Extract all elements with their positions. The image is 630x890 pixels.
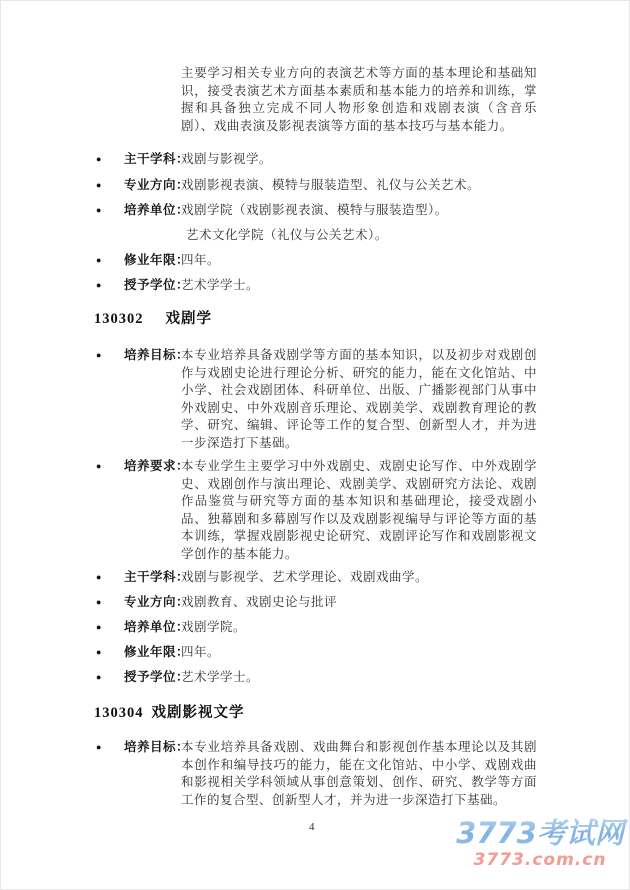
item-label: 修业年限：: [124, 252, 189, 270]
item-text: 戏剧学院（戏剧影视表演、模特与服装造型）。 艺术文化学院（礼仪与公关艺术）。: [181, 202, 537, 245]
item-label: 授予学位：: [124, 669, 189, 687]
item-label: 培养单位：: [124, 202, 189, 220]
section-code: 130304: [94, 705, 144, 721]
item-text-line2: 艺术文化学院（礼仪与公关艺术）。: [186, 227, 537, 245]
list-item: ● 培养单位： 戏剧学院（戏剧影视表演、模特与服装造型）。 艺术文化学院（礼仪与…: [96, 202, 537, 245]
item-text-line1: 戏剧学院（戏剧影视表演、模特与服装造型）。: [181, 202, 537, 220]
bullet-icon: ●: [96, 598, 101, 607]
page-number: 4: [309, 821, 315, 833]
watermark-site-url: 3773.com.cn: [451, 850, 629, 870]
item-text: 戏剧与影视学、艺术学理论、戏剧戏曲学。: [181, 569, 537, 587]
bullet-icon: ●: [96, 256, 101, 265]
item-label: 修业年限：: [124, 644, 189, 662]
intro-paragraph: 主要学习相关专业方向的表演艺术等方面的基本理论和基础知识，接受表演艺术方面基本素…: [181, 65, 537, 135]
list-item: ● 培养要求： 本专业学生主要学习中外戏剧史、戏剧史论写作、中外戏剧学史、戏剧创…: [96, 458, 537, 563]
item-text: 戏剧与影视学。: [181, 151, 537, 169]
list-item: ● 主干学科： 戏剧与影视学。: [96, 151, 537, 169]
list-item: ● 培养单位： 戏剧学院。: [96, 619, 537, 637]
section-header: 130302戏剧学: [94, 307, 212, 328]
list-item: ● 主干学科： 戏剧与影视学、艺术学理论、戏剧戏曲学。: [96, 569, 537, 587]
item-label: 授予学位：: [124, 277, 189, 295]
section-title: 戏剧影视文学: [152, 705, 245, 721]
watermark-site-name: 3773考试网: [451, 816, 629, 850]
list-item: ● 授予学位： 艺术学学士。: [96, 277, 537, 295]
bullet-icon: ●: [96, 462, 101, 471]
section-header: 130304戏剧影视文学: [94, 701, 245, 722]
item-text: 四年。: [181, 644, 537, 662]
list-item: ● 授予学位： 艺术学学士。: [96, 669, 537, 687]
list-item: ● 修业年限： 四年。: [96, 644, 537, 662]
item-label: 培养目标：: [124, 347, 189, 365]
item-label: 专业方向：: [124, 594, 189, 612]
watermark-logo: 3773考试网 3773.com.cn: [451, 816, 629, 870]
item-text: 艺术学学士。: [181, 669, 537, 687]
bullet-icon: ●: [96, 743, 101, 752]
bullet-icon: ●: [96, 673, 101, 682]
bullet-icon: ●: [96, 623, 101, 632]
item-text: 戏剧学院。: [181, 619, 537, 637]
bullet-icon: ●: [96, 206, 101, 215]
bullet-icon: ●: [96, 351, 101, 360]
item-label: 主干学科：: [124, 151, 189, 169]
bullet-icon: ●: [96, 181, 101, 190]
item-text: 本专业培养具备戏剧、戏曲舞台和影视创作基本理论以及其剧本创作和编导技巧的能力，能…: [181, 739, 537, 809]
item-label: 专业方向：: [124, 177, 189, 195]
item-text: 艺术学学士。: [181, 277, 537, 295]
item-label: 培养目标：: [124, 739, 189, 757]
section-code: 130302: [94, 311, 144, 327]
bullet-icon: ●: [96, 281, 101, 290]
document-page: 主要学习相关专业方向的表演艺术等方面的基本理论和基础知识，接受表演艺术方面基本素…: [0, 0, 630, 890]
bullet-icon: ●: [96, 648, 101, 657]
item-text: 本专业学生主要学习中外戏剧史、戏剧史论写作、中外戏剧学史、戏剧创作与演出理论、戏…: [181, 458, 537, 563]
item-text: 戏剧教育、戏剧史论与批评: [181, 594, 537, 612]
item-text: 四年。: [181, 252, 537, 270]
bullet-icon: ●: [96, 155, 101, 164]
list-item: ● 修业年限： 四年。: [96, 252, 537, 270]
item-text: 戏剧影视表演、模特与服装造型、礼仪与公关艺术。: [181, 177, 537, 195]
section-title: 戏剧学: [166, 311, 213, 327]
item-label: 培养单位：: [124, 619, 189, 637]
list-item: ● 专业方向： 戏剧影视表演、模特与服装造型、礼仪与公关艺术。: [96, 177, 537, 195]
item-label: 主干学科：: [124, 569, 189, 587]
list-item: ● 专业方向： 戏剧教育、戏剧史论与批评: [96, 594, 537, 612]
list-item: ● 培养目标： 本专业培养具备戏剧、戏曲舞台和影视创作基本理论以及其剧本创作和编…: [96, 739, 537, 809]
item-text: 本专业培养具备戏剧学等方面的基本知识，以及初步对戏剧创作与戏剧史论进行理论分析、…: [181, 347, 537, 452]
list-item: ● 培养目标： 本专业培养具备戏剧学等方面的基本知识，以及初步对戏剧创作与戏剧史…: [96, 347, 537, 452]
bullet-icon: ●: [96, 573, 101, 582]
item-label: 培养要求：: [124, 458, 189, 476]
